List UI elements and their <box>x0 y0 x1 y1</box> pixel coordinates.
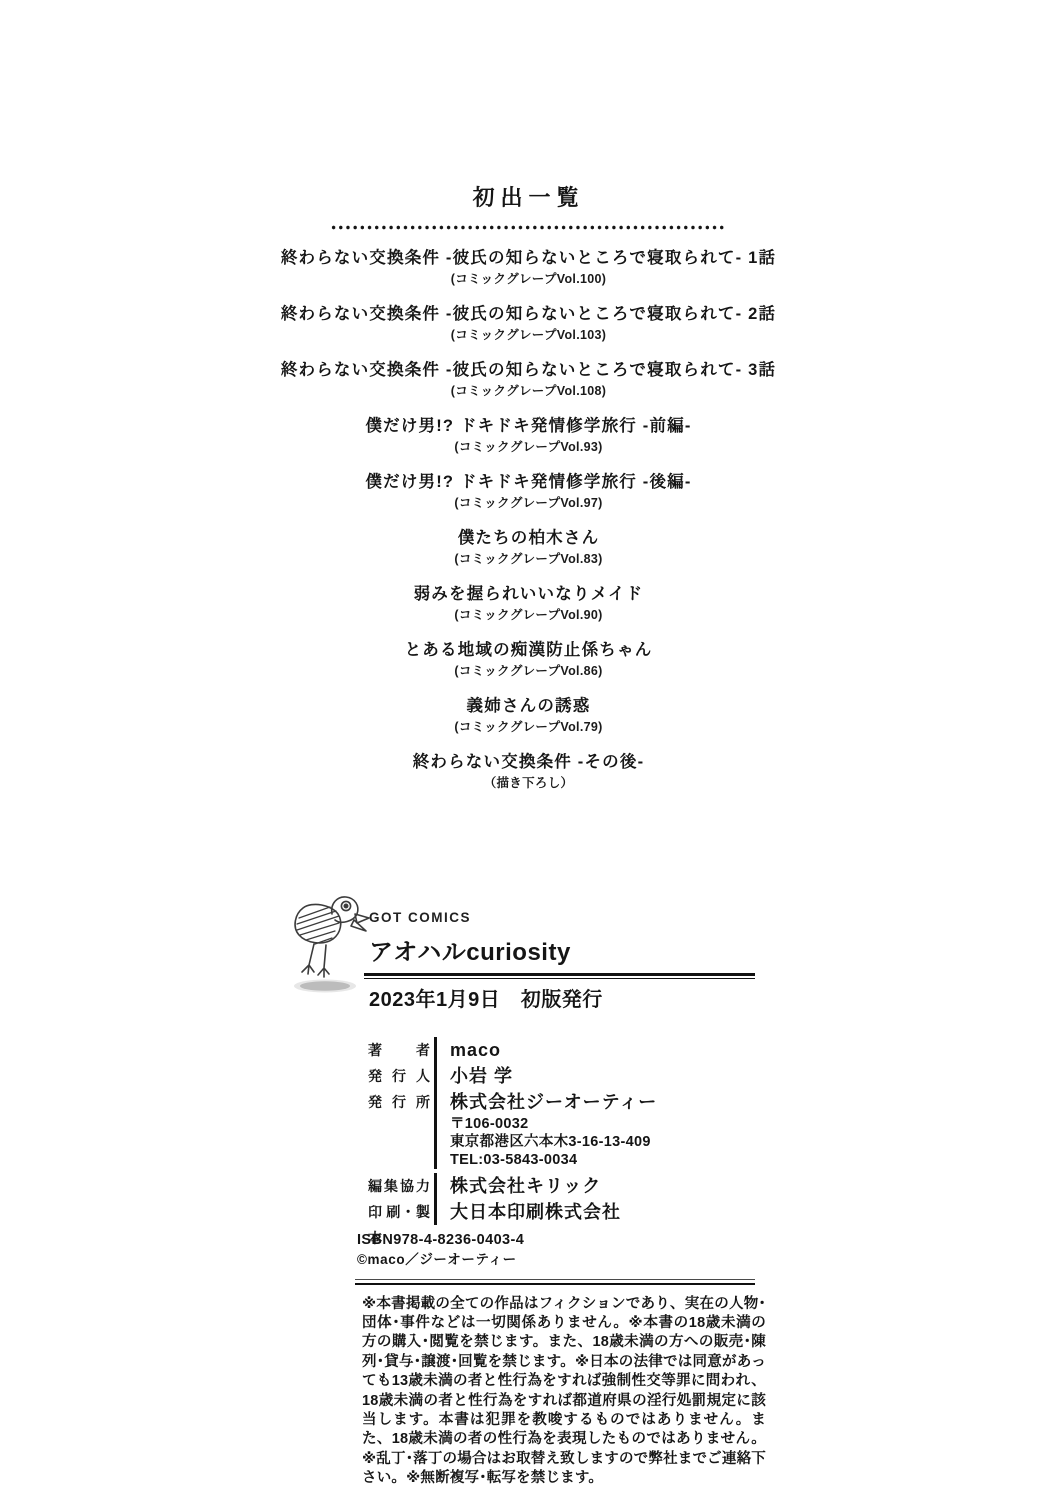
credit-label-printing: 印刷･製本 <box>368 1199 430 1225</box>
list-item: 終わらない交換条件 -彼氏の知らないところで寝取られて- 2話 (コミックグレー… <box>16 303 1041 343</box>
work-source: (コミックグレープVol.79) <box>16 719 1041 735</box>
list-item: 僕たちの柏木さん (コミックグレープVol.83) <box>16 527 1041 567</box>
list-item: 僕だけ男!? ドキドキ発情修学旅行 -後編- (コミックグレープVol.97) <box>16 471 1041 511</box>
credit-values: maco 小岩 学 株式会社ジーオーティー 〒106-0032 東京都港区六本木… <box>434 1037 755 1169</box>
editing-company: 株式会社キリック <box>450 1173 755 1199</box>
list-item: 僕だけ男!? ドキドキ発情修学旅行 -前編- (コミックグレープVol.93) <box>16 415 1041 455</box>
bird-doodle-logo-icon <box>288 887 372 995</box>
dotted-divider <box>330 225 727 230</box>
work-source: (コミックグレープVol.97) <box>16 495 1041 511</box>
work-source: (コミックグレープVol.93) <box>16 439 1041 455</box>
list-item: 義姉さんの誘惑 (コミックグレープVol.79) <box>16 695 1041 735</box>
first-publication-list: 初出一覧 終わらない交換条件 -彼氏の知らないところで寝取られて- 1話 (コミ… <box>16 170 1041 807</box>
publisher-phone: TEL:03-5843-0034 <box>450 1151 755 1169</box>
list-item: とある地域の痴漢防止係ちゃん (コミックグレープVol.86) <box>16 639 1041 679</box>
publisher-name: 株式会社ジーオーティー <box>450 1089 755 1115</box>
list-item: 終わらない交換条件 -彼氏の知らないところで寝取られて- 1話 (コミックグレー… <box>16 247 1041 287</box>
publisher-postal-code: 〒106-0032 <box>450 1115 755 1133</box>
credit-label-author: 著者 <box>368 1037 430 1063</box>
work-title: 終わらない交換条件 -その後- <box>16 751 1041 774</box>
work-source: (コミックグレープVol.100) <box>16 271 1041 287</box>
credit-label-publisher: 発行所 <box>368 1089 430 1115</box>
printing-company: 大日本印刷株式会社 <box>450 1199 755 1225</box>
work-title: とある地域の痴漢防止係ちゃん <box>16 639 1041 662</box>
work-source: (コミックグレープVol.90) <box>16 607 1041 623</box>
section-title: 初出一覧 <box>16 185 1041 211</box>
work-title: 終わらない交換条件 -彼氏の知らないところで寝取られて- 2話 <box>16 303 1041 326</box>
imprint-brand: GOT COMICS <box>369 909 755 927</box>
publisher-address: 東京都港区六本木3-16-13-409 <box>450 1133 755 1151</box>
work-title: 弱みを握られいいなりメイド <box>16 583 1041 606</box>
work-source: (コミックグレープVol.103) <box>16 327 1041 343</box>
edition-date-line: 2023年1月9日 初版発行 <box>369 987 755 1013</box>
book-title: アオハルcuriosity <box>369 939 755 967</box>
list-item: 終わらない交換条件 -その後- （描き下ろし） <box>16 751 1041 791</box>
work-title: 僕だけ男!? ドキドキ発情修学旅行 -後編- <box>16 471 1041 494</box>
work-title: 義姉さんの誘惑 <box>16 695 1041 718</box>
work-title: 僕たちの柏木さん <box>16 527 1041 550</box>
work-source: （描き下ろし） <box>16 775 1041 791</box>
credit-label-issuer: 発行人 <box>368 1063 430 1089</box>
isbn-number: ISBN978-4-8236-0403-4 <box>357 1232 755 1249</box>
colophon-page: 初出一覧 終わらない交換条件 -彼氏の知らないところで寝取られて- 1話 (コミ… <box>0 0 1057 1500</box>
issuer-name: 小岩 学 <box>450 1063 755 1089</box>
credit-labels: 著者 発行人 発行所 <box>368 1037 430 1169</box>
author-name: maco <box>450 1037 755 1063</box>
work-title: 僕だけ男!? ドキドキ発情修学旅行 -前編- <box>16 415 1041 438</box>
work-source: (コミックグレープVol.83) <box>16 551 1041 567</box>
credits-table: 著者 発行人 発行所 maco 小岩 学 株式会社ジーオーティー 〒106-00… <box>368 1037 755 1225</box>
list-item: 終わらない交換条件 -彼氏の知らないところで寝取られて- 3話 (コミックグレー… <box>16 359 1041 399</box>
credit-values: 株式会社キリック 大日本印刷株式会社 <box>434 1173 755 1225</box>
copyright-line: ©maco／ジーオーティー <box>357 1252 755 1268</box>
credit-labels: 編集協力 印刷･製本 <box>368 1173 430 1225</box>
list-item: 弱みを握られいいなりメイド (コミックグレープVol.90) <box>16 583 1041 623</box>
work-source: (コミックグレープVol.86) <box>16 663 1041 679</box>
credits-primary-group: 著者 発行人 発行所 maco 小岩 学 株式会社ジーオーティー 〒106-00… <box>368 1037 755 1169</box>
work-title: 終わらない交換条件 -彼氏の知らないところで寝取られて- 3話 <box>16 359 1041 382</box>
work-source: (コミックグレープVol.108) <box>16 383 1041 399</box>
isbn-block: ISBN978-4-8236-0403-4 ©maco／ジーオーティー <box>357 1232 755 1268</box>
credit-label-editing: 編集協力 <box>368 1173 430 1199</box>
work-title: 終わらない交換条件 -彼氏の知らないところで寝取られて- 1話 <box>16 247 1041 270</box>
colophon: GOT COMICS アオハルcuriosity 2023年1月9日 初版発行 … <box>355 893 755 1489</box>
legal-disclaimer: ※本書掲載の全ての作品はフィクションであり、実在の人物･団体･事件などは一切関係… <box>362 1295 766 1489</box>
double-rule-divider <box>355 1279 755 1285</box>
title-underline <box>364 973 755 979</box>
credits-secondary-group: 編集協力 印刷･製本 株式会社キリック 大日本印刷株式会社 <box>368 1173 755 1225</box>
